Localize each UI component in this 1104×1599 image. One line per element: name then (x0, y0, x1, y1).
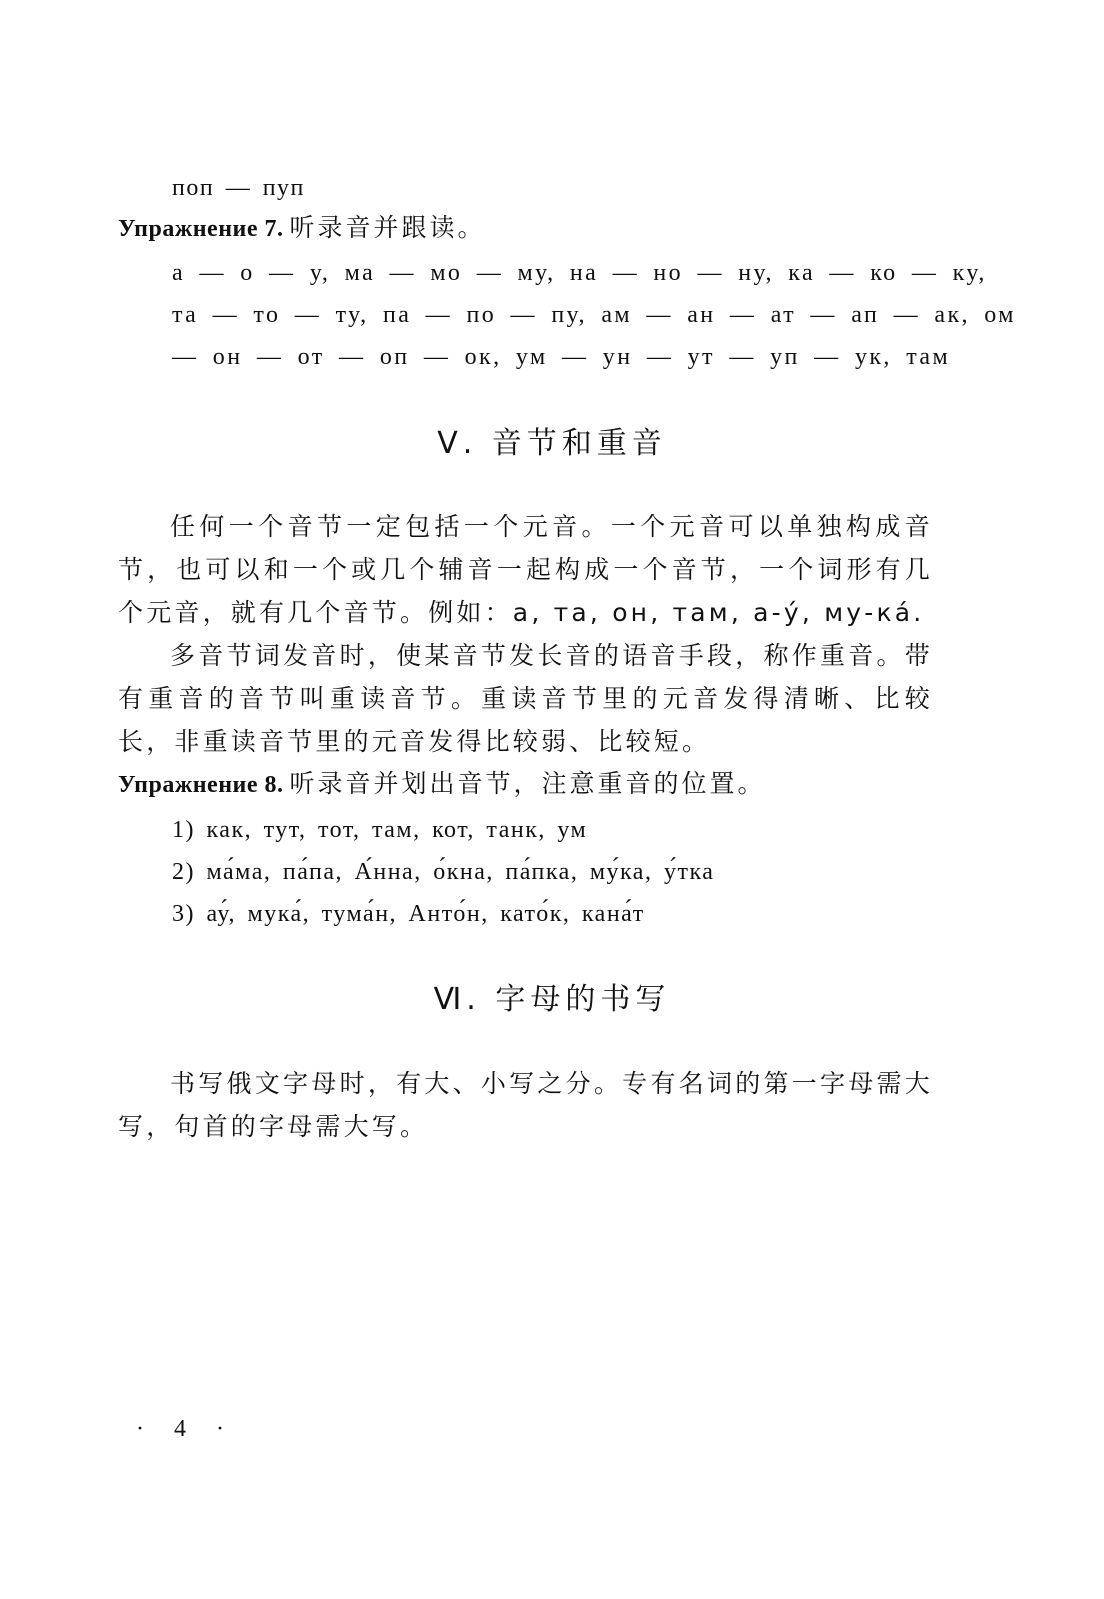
exercise-8-header: Упражнение 8.听录音并划出音节，注意重音的位置。 (118, 768, 766, 801)
exercise-7-line-1: а — о — у, ма — мо — му, на — но — ну, к… (172, 257, 987, 289)
document-page: поп — пуп Упражнение 7.听录音并跟读。 а — о — у… (0, 0, 1104, 1599)
exercise-7-title: Упражнение 7. (118, 216, 284, 242)
section-6-heading: Ⅵ. 字母的书写 (0, 980, 1104, 1020)
exercise-8-task: 听录音并划出音节，注意重音的位置。 (290, 769, 766, 798)
exercise-8-title: Упражнение 8. (118, 772, 284, 798)
exercise-8-item-1: 1) как, тут, тот, там, кот, танк, ум (172, 814, 587, 846)
section-6-paragraph-1: 书写俄文字母时，有大、小写之分。专有名词的第一字母需大写，句首的字母需大写。 (118, 1062, 933, 1148)
exercise-8-item-3: 3) ау́, мука́, тума́н, Анто́н, като́к, к… (172, 898, 645, 930)
section-5-paragraph-2: 多音节词发音时，使某音节发长音的语音手段，称作重音。带有重音的音节叫重读音节。重… (118, 634, 933, 763)
exercise-8-item-2: 2) ма́ма, па́па, А́нна, о́кна, па́пка, м… (172, 856, 714, 888)
top-fragment-line: поп — пуп (172, 172, 305, 204)
section-5-paragraph-1: 任何一个音节一定包括一个元音。一个元音可以单独构成音节，也可以和一个或几个辅音一… (118, 505, 933, 634)
exercise-7-line-2: та — то — ту, па — по — пу, ам — ан — ат… (172, 299, 1016, 331)
section-5-heading: Ⅴ. 音节和重音 (0, 424, 1104, 464)
exercise-7-task: 听录音并跟读。 (290, 213, 486, 242)
page-number: · 4 · (136, 1416, 236, 1443)
exercise-7-header: Упражнение 7.听录音并跟读。 (118, 212, 486, 245)
exercise-7-line-3: — он — от — оп — ок, ум — ун — ут — уп —… (172, 341, 950, 373)
